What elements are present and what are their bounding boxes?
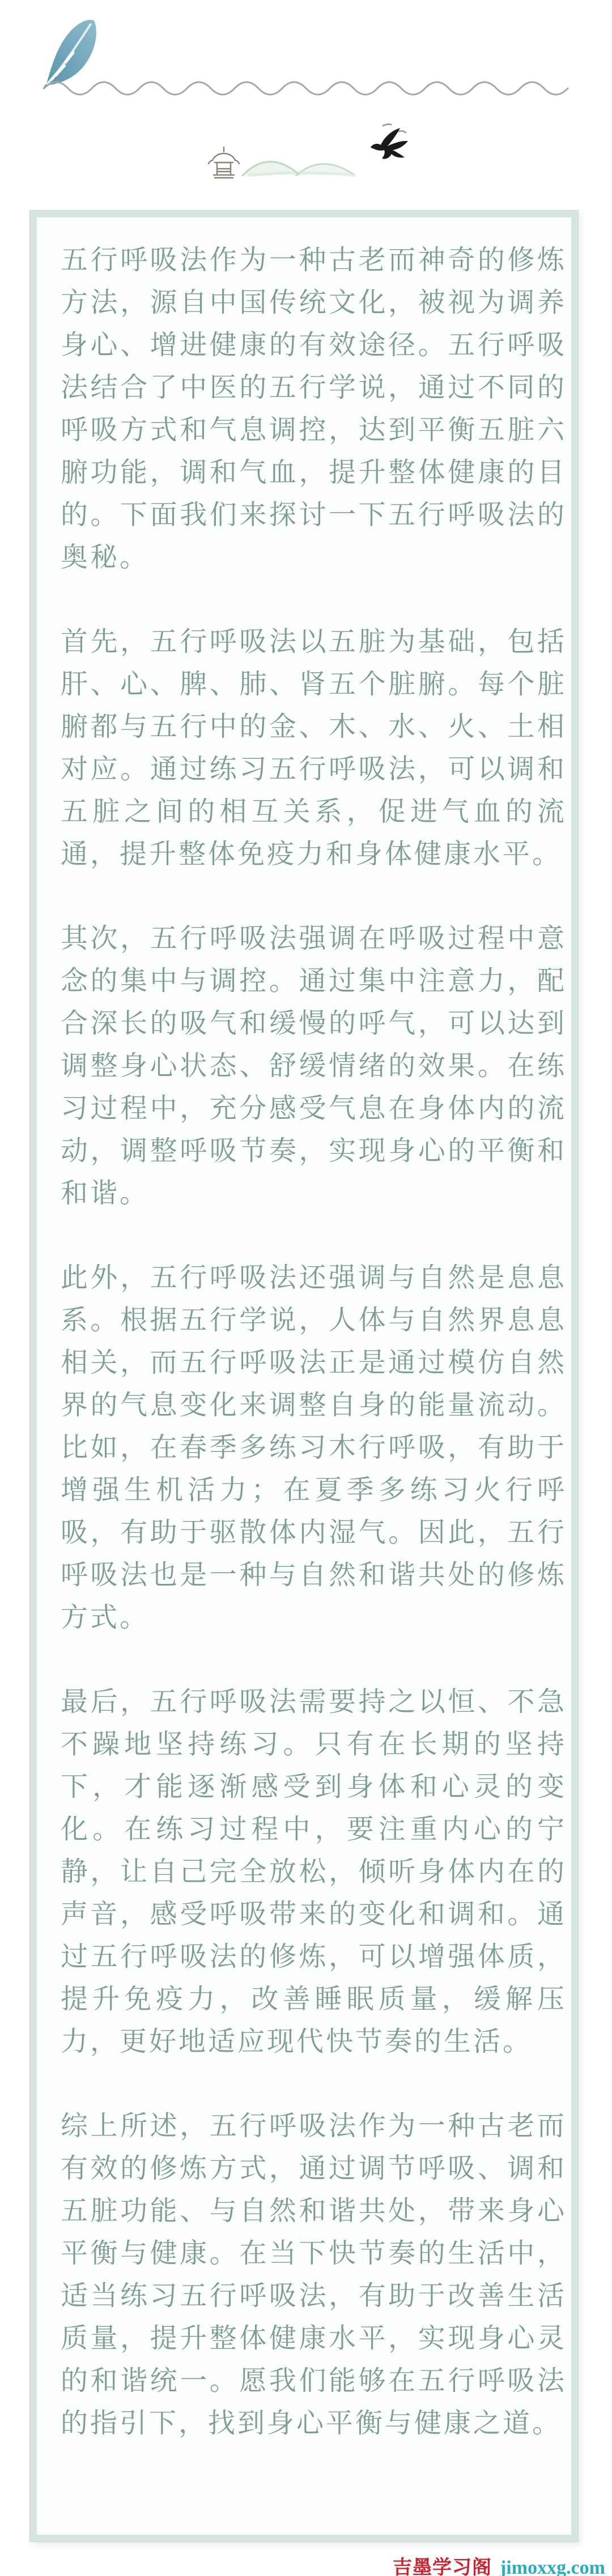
wave-line-icon [43, 70, 570, 96]
paragraph-conclusion: 综上所述，五行呼吸法作为一种古老而有效的修炼方式，通过调节呼吸、调和五脏功能、与… [61, 2105, 567, 2445]
swallow-icon [367, 120, 415, 172]
paragraph-third-point: 此外，五行呼吸法还强调与自然是息息系。根据五行学说，人体与自然界息息相关，而五行… [61, 1257, 567, 1639]
paragraph-second-point: 其次，五行呼吸法强调在呼吸过程中意念的集中与调控。通过集中注意力，配合深长的吸气… [61, 917, 567, 1215]
watermark-site-url: jimoxxg.com [500, 2557, 605, 2576]
paragraph-intro: 五行呼吸法作为一种古老而神奇的修炼方法，源自中国传统文化，被视为调养身心、增进健… [61, 239, 567, 579]
pavilion-icon [207, 145, 240, 180]
article-card: 五行呼吸法作为一种古老而神奇的修炼方法，源自中国传统文化，被视为调养身心、增进健… [30, 211, 578, 2541]
watermark-site-name: 吉墨学习阁 [393, 2552, 492, 2576]
site-watermark: 吉墨学习阁 jimoxxg.com [393, 2552, 605, 2576]
paragraph-fourth-point: 最后，五行呼吸法需要持之以恒、不急不躁地坚持练习。只有在长期的坚持下，才能逐渐感… [61, 1681, 567, 2063]
hills-icon [241, 147, 362, 178]
paragraph-first-point: 首先，五行呼吸法以五脏为基础，包括肝、心、脾、肺、肾五个脏腑。每个脏腑都与五行中… [61, 621, 567, 875]
